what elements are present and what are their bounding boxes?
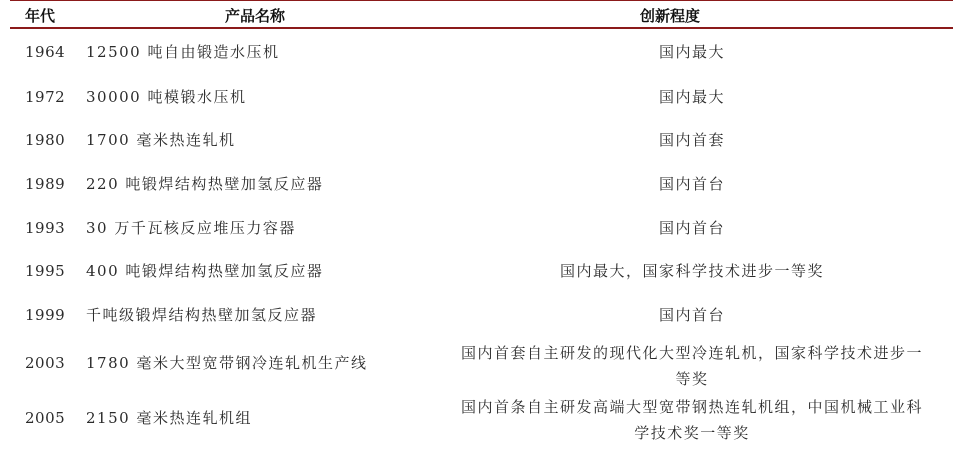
year-cell: 1995 — [25, 259, 65, 283]
innovation-cell: 国内最大 — [432, 40, 952, 64]
header-year: 年代 — [25, 5, 55, 26]
year-cell: 1980 — [25, 128, 65, 152]
innovation-line: 国内首条自主研发高端大型宽带钢热连轧机组，中国机械工业科 — [432, 394, 952, 420]
innovation-cell: 国内首套 — [432, 128, 952, 152]
product-cell: 12500 吨自由锻造水压机 — [86, 40, 280, 64]
innovation-cell: 国内首台 — [432, 172, 952, 196]
product-cell: 千吨级锻焊结构热壁加氢反应器 — [86, 303, 317, 327]
year-cell: 1972 — [25, 85, 65, 109]
product-cell: 1700 毫米热连轧机 — [86, 128, 235, 152]
table-header: 年代 产品名称 创新程度 — [10, 1, 953, 28]
innovation-cell: 国内最大 — [432, 85, 952, 109]
header-innovation: 创新程度 — [570, 5, 770, 26]
product-cell: 30 万千瓦核反应堆压力容器 — [86, 216, 296, 240]
year-cell: 1993 — [25, 216, 65, 240]
innovation-cell: 国内首台 — [432, 303, 952, 327]
year-cell: 2003 — [25, 351, 65, 375]
product-cell: 2150 毫米热连轧机组 — [86, 406, 252, 430]
innovation-line: 学技术奖一等奖 — [432, 420, 952, 446]
innovation-cell: 国内最大，国家科学技术进步一等奖 — [432, 259, 952, 283]
header-product: 产品名称 — [205, 5, 305, 26]
innovation-line: 国内首套自主研发的现代化大型冷连轧机，国家科学技术进步一 — [432, 340, 952, 366]
year-cell: 2005 — [25, 406, 65, 430]
innovation-cell: 国内首套自主研发的现代化大型冷连轧机，国家科学技术进步一 等奖 — [432, 340, 952, 392]
product-cell: 1780 毫米大型宽带钢冷连轧机生产线 — [86, 351, 367, 375]
year-cell: 1964 — [25, 40, 65, 64]
product-cell: 30000 吨模锻水压机 — [86, 85, 247, 109]
product-cell: 400 吨锻焊结构热壁加氢反应器 — [86, 259, 323, 283]
innovation-cell: 国内首台 — [432, 216, 952, 240]
year-cell: 1999 — [25, 303, 65, 327]
header-rule — [10, 27, 953, 29]
innovation-line: 等奖 — [432, 366, 952, 392]
year-cell: 1989 — [25, 172, 65, 196]
innovation-cell: 国内首条自主研发高端大型宽带钢热连轧机组，中国机械工业科 学技术奖一等奖 — [432, 394, 952, 446]
product-cell: 220 吨锻焊结构热壁加氢反应器 — [86, 172, 323, 196]
